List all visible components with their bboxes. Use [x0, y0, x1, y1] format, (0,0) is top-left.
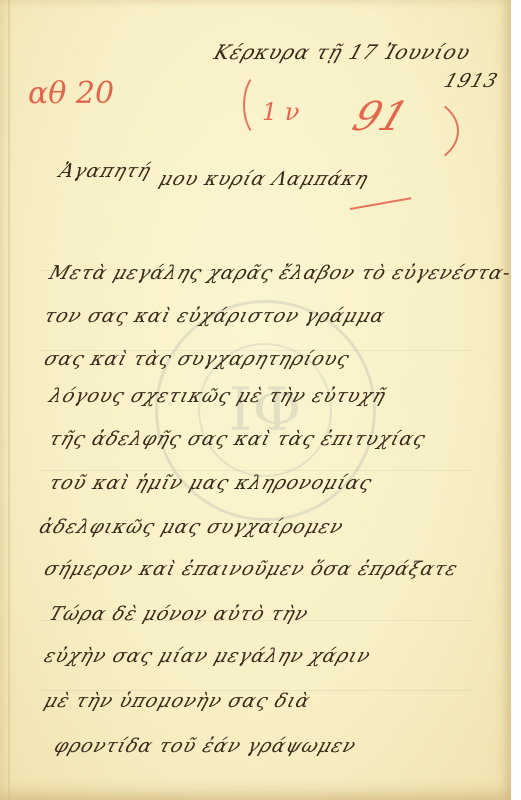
body-line: σας καὶ τὰς συγχαρητηρίους	[41, 348, 352, 370]
body-line: τῆς ἀδελφῆς σας καὶ τὰς ἐπιτυχίας	[46, 428, 429, 450]
body-line: μὲ τὴν ὑπομονὴν σας διὰ	[41, 690, 313, 712]
letter-page: ΙΦ Κέρκυρα τῇ 17 Ἰουνίου 1913 αθ 20 1 ν …	[0, 0, 511, 800]
salutation-line-2: μου κυρία Λαμπάκη	[156, 168, 371, 190]
body-line: τον σας καὶ εὐχάριστον γράμμα	[41, 305, 388, 327]
salutation-line-1: Ἀγαπητή	[56, 160, 154, 182]
body-line: Τώρα δὲ μόνον αὐτὸ τὴν	[46, 603, 311, 625]
body-line: λόγους σχετικῶς μὲ τὴν εὐτυχῆ	[46, 385, 389, 407]
body-line: φροντίδα τοῦ ἐάν γράψωμεν	[51, 735, 359, 757]
red-annotation-middle: 1 ν	[262, 98, 300, 126]
body-line: σήμερον καὶ ἐπαινοῦμεν ὅσα ἐπράξατε	[41, 558, 461, 580]
body-line: τοῦ καὶ ἡμῖν μας κληρονομίας	[46, 472, 375, 494]
red-annotation-left: αθ 20	[28, 76, 114, 111]
page-fold-edge	[8, 0, 10, 800]
body-line: Μετὰ μεγάλης χαρᾶς ἔλαβον τὸ εὐγενέστα-	[46, 262, 514, 284]
year: 1913	[441, 70, 501, 92]
red-underline	[350, 197, 411, 210]
red-bracket-right	[345, 92, 459, 170]
place-date: Κέρκυρα τῇ 17 Ἰουνίου	[211, 40, 474, 64]
body-line: ἀδελφικῶς μας συγχαίρομεν	[36, 516, 346, 538]
body-line: εὐχὴν σας μίαν μεγάλην χάριν	[41, 645, 373, 667]
